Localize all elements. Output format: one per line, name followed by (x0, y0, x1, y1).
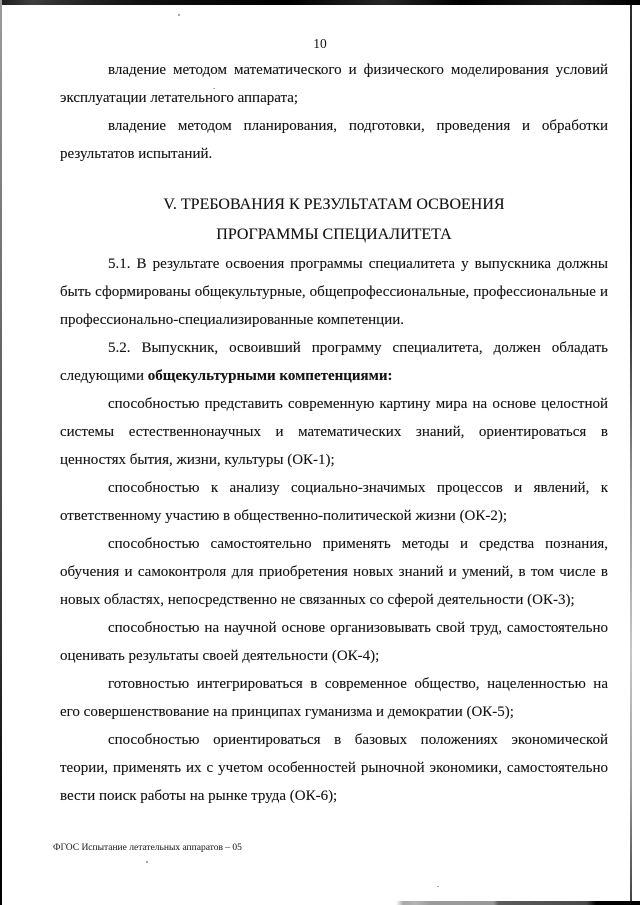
para-competency-ok-2: способностью к анализу социально-значимы… (60, 474, 608, 530)
scan-speck (146, 861, 148, 863)
scan-edge-top-bar (0, 0, 640, 5)
para-competency-ok-5: готовностью интегрироваться в современно… (60, 670, 608, 726)
page-content: владение методом математического и физич… (60, 56, 608, 810)
scan-edge-bottom-bar (396, 901, 640, 905)
para-competency-ok-4: способностью на научной основе организов… (60, 614, 608, 670)
para-modeling-method: владение методом математического и физич… (60, 56, 608, 112)
para-testing-method: владение методом планирования, подготовк… (60, 112, 608, 168)
section-heading: V. ТРЕБОВАНИЯ К РЕЗУЛЬТАТАМ ОСВОЕНИЯ ПРО… (60, 190, 608, 250)
section-heading-line2: ПРОГРАММЫ СПЕЦИАЛИТЕТА (60, 220, 608, 250)
scan-edge-left-line (0, 0, 2, 905)
para-competency-ok-1: способностью представить современную кар… (60, 390, 608, 474)
para-5-1: 5.1. В результате освоения программы спе… (60, 250, 608, 334)
footer-note: ФГОС Испытание летательных аппаратов – 0… (53, 843, 242, 853)
para-competency-ok-3: способностью самостоятельно применять ме… (60, 530, 608, 614)
scanned-document-page: 10 владение методом математического и фи… (0, 0, 640, 905)
para-5-2-bold-term: общекультурными компетенциями: (148, 368, 393, 384)
page-number: 10 (0, 36, 640, 52)
para-competency-ok-6: способностью ориентироваться в базовых п… (60, 726, 608, 810)
section-heading-line1: V. ТРЕБОВАНИЯ К РЕЗУЛЬТАТАМ ОСВОЕНИЯ (60, 190, 608, 220)
para-5-2: 5.2. Выпускник, освоивший программу спец… (60, 334, 608, 390)
scan-speck (437, 886, 439, 887)
scan-edge-right-line (630, 5, 632, 905)
scan-speck (178, 14, 180, 16)
